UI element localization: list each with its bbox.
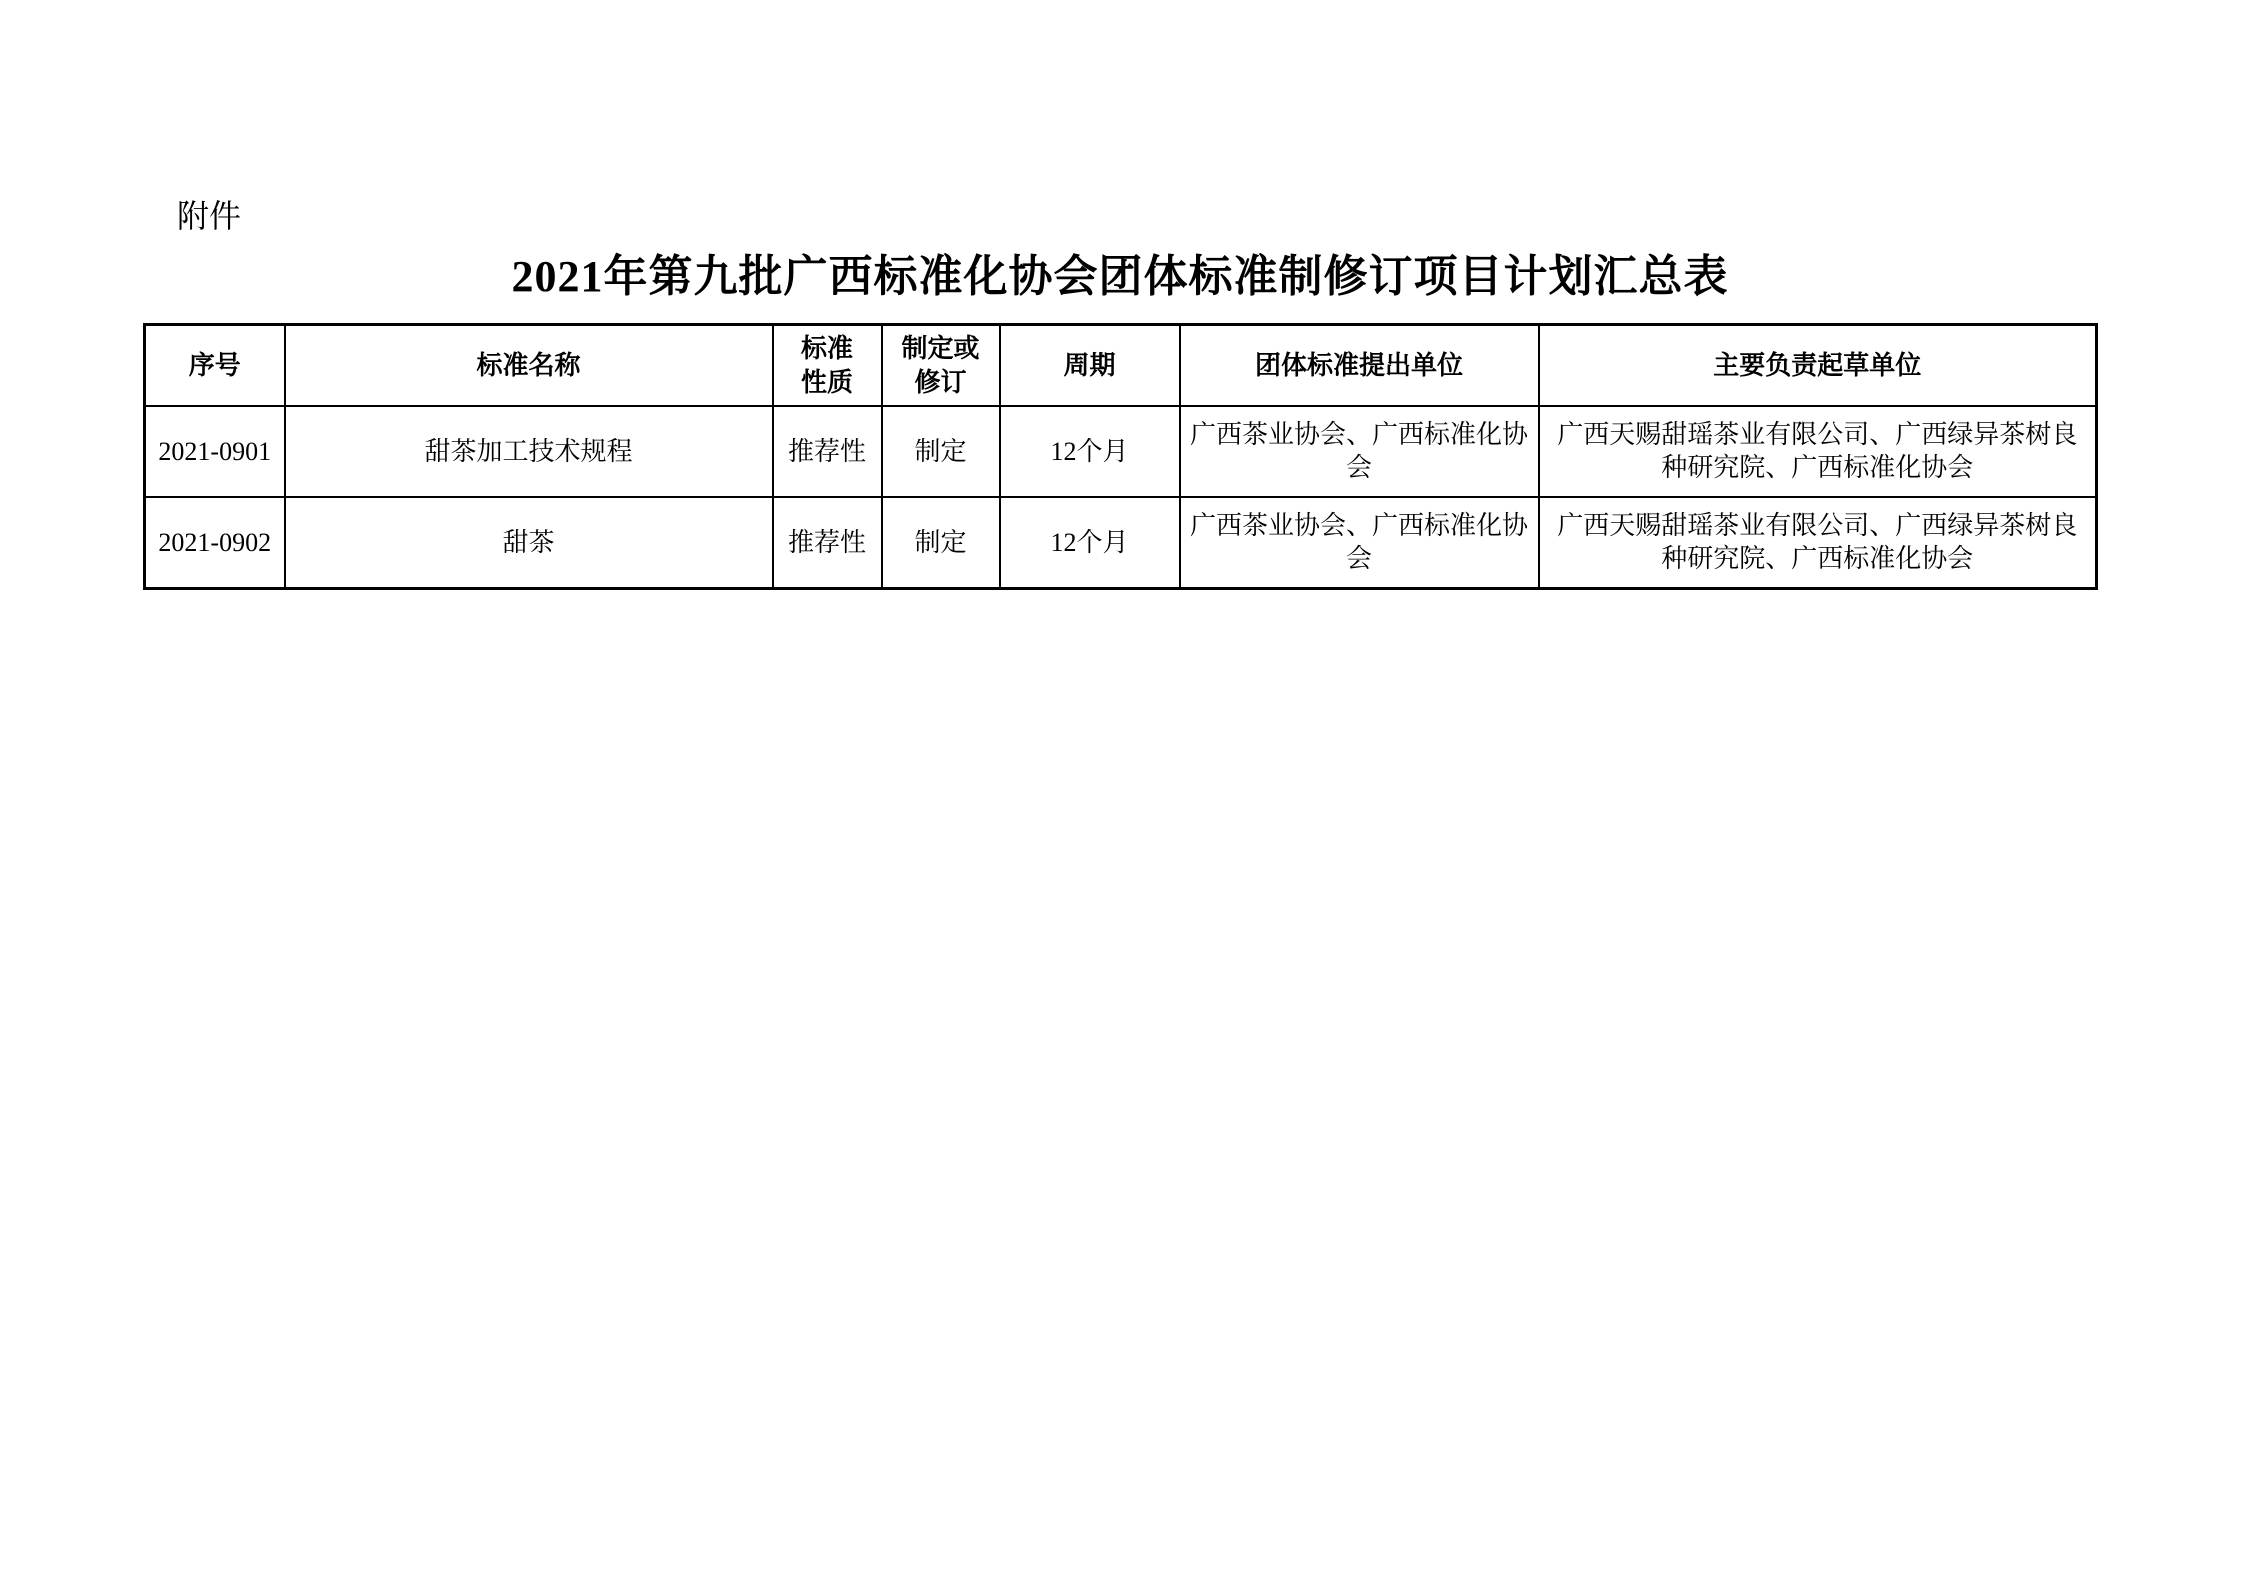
cell-formulate-or-revise: 制定: [882, 497, 1000, 589]
cell-serial-number: 2021-0901: [145, 406, 285, 497]
cell-standard-name: 甜茶加工技术规程: [285, 406, 773, 497]
cell-period: 12个月: [1000, 406, 1180, 497]
summary-table-container: 序号 标准名称 标准 性质 制定或 修订 周期 团体标准提出单位 主要负责起草单…: [143, 323, 2098, 590]
table-row: 2021-0901 甜茶加工技术规程 推荐性 制定 12个月 广西茶业协会、广西…: [145, 406, 2097, 497]
header-serial-number: 序号: [145, 325, 285, 406]
table-header-row: 序号 标准名称 标准 性质 制定或 修订 周期 团体标准提出单位 主要负责起草单…: [145, 325, 2097, 406]
cell-standard-name: 甜茶: [285, 497, 773, 589]
header-standard-nature: 标准 性质: [773, 325, 882, 406]
header-formulate-or-revise: 制定或 修订: [882, 325, 1000, 406]
document-page: 附件 2021年第九批广西标准化协会团体标准制修订项目计划汇总表 序号 标准名称…: [0, 0, 2244, 1587]
cell-drafting-unit: 广西天赐甜瑶茶业有限公司、广西绿异茶树良 种研究院、广西标准化协会: [1539, 497, 2097, 589]
cell-period: 12个月: [1000, 497, 1180, 589]
summary-table: 序号 标准名称 标准 性质 制定或 修订 周期 团体标准提出单位 主要负责起草单…: [143, 323, 2098, 590]
cell-serial-number: 2021-0902: [145, 497, 285, 589]
table-row: 2021-0902 甜茶 推荐性 制定 12个月 广西茶业协会、广西标准化协 会…: [145, 497, 2097, 589]
header-period: 周期: [1000, 325, 1180, 406]
header-drafting-unit: 主要负责起草单位: [1539, 325, 2097, 406]
cell-proposing-unit: 广西茶业协会、广西标准化协 会: [1180, 497, 1539, 589]
cell-drafting-unit: 广西天赐甜瑶茶业有限公司、广西绿异茶树良 种研究院、广西标准化协会: [1539, 406, 2097, 497]
header-standard-name: 标准名称: [285, 325, 773, 406]
cell-proposing-unit: 广西茶业协会、广西标准化协 会: [1180, 406, 1539, 497]
header-proposing-unit: 团体标准提出单位: [1180, 325, 1539, 406]
document-title: 2021年第九批广西标准化协会团体标准制修订项目计划汇总表: [143, 251, 2097, 303]
cell-standard-nature: 推荐性: [773, 406, 882, 497]
cell-formulate-or-revise: 制定: [882, 406, 1000, 497]
cell-standard-nature: 推荐性: [773, 497, 882, 589]
attachment-label: 附件: [177, 197, 241, 235]
